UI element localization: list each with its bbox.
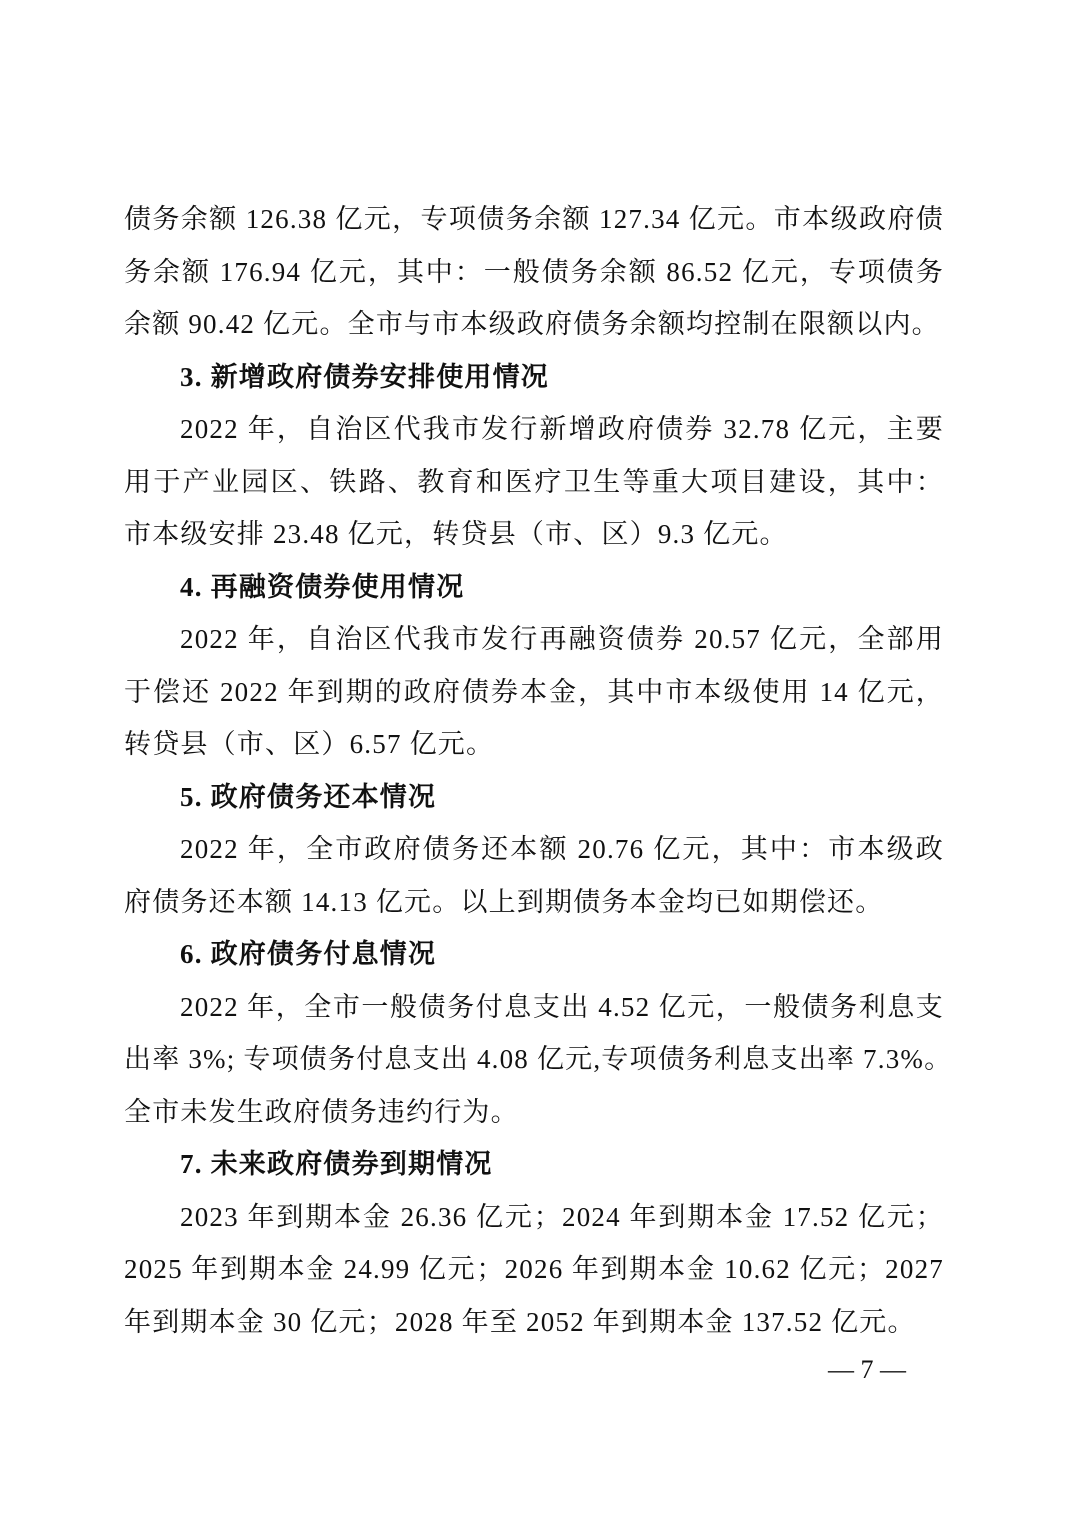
text-line: 务余额 176.94 亿元，其中：一般债务余额 86.52 亿元，专项债务 — [124, 246, 944, 299]
text-line: 全市未发生政府债务违约行为。 — [124, 1086, 944, 1139]
text-line: 年到期本金 30 亿元；2028 年至 2052 年到期本金 137.52 亿元… — [124, 1296, 944, 1349]
text-line: 2025 年到期本金 24.99 亿元；2026 年到期本金 10.62 亿元；… — [124, 1243, 944, 1296]
text-line: 市本级安排 23.48 亿元，转贷县（市、区）9.3 亿元。 — [124, 508, 944, 561]
section-heading: 6. 政府债务付息情况 — [124, 928, 944, 981]
text-line: 余额 90.42 亿元。全市与市本级政府债务余额均控制在限额以内。 — [124, 298, 944, 351]
text-line: 2022 年，全市一般债务付息支出 4.52 亿元，一般债务利息支 — [124, 981, 944, 1034]
document-page: 债务余额 126.38 亿元，专项债务余额 127.34 亿元。市本级政府债 务… — [124, 193, 944, 1348]
text-line: 府债务还本额 14.13 亿元。以上到期债务本金均已如期偿还。 — [124, 876, 944, 929]
text-line: 2023 年到期本金 26.36 亿元；2024 年到期本金 17.52 亿元； — [124, 1191, 944, 1244]
section-interest-payment: 6. 政府债务付息情况 2022 年，全市一般债务付息支出 4.52 亿元，一般… — [124, 928, 944, 1138]
section-future-maturities: 7. 未来政府债券到期情况 2023 年到期本金 26.36 亿元；2024 年… — [124, 1138, 944, 1348]
section-new-bonds: 3. 新增政府债券安排使用情况 2022 年，自治区代我市发行新增政府债券 32… — [124, 351, 944, 561]
text-line: 2022 年，自治区代我市发行新增政府债券 32.78 亿元，主要 — [124, 403, 944, 456]
text-line: 于偿还 2022 年到期的政府债券本金，其中市本级使用 14 亿元， — [124, 666, 944, 719]
section-heading: 4. 再融资债券使用情况 — [124, 561, 944, 614]
section-heading: 7. 未来政府债券到期情况 — [124, 1138, 944, 1191]
text-line: 用于产业园区、铁路、教育和医疗卫生等重大项目建设，其中： — [124, 456, 944, 509]
text-line: 2022 年，全市政府债务还本额 20.76 亿元，其中：市本级政 — [124, 823, 944, 876]
text-line: 债务余额 126.38 亿元，专项债务余额 127.34 亿元。市本级政府债 — [124, 193, 944, 246]
intro-paragraph: 债务余额 126.38 亿元，专项债务余额 127.34 亿元。市本级政府债 务… — [124, 193, 944, 351]
section-heading: 5. 政府债务还本情况 — [124, 771, 944, 824]
text-line: 转贷县（市、区）6.57 亿元。 — [124, 718, 944, 771]
page-number: — 7 — — [828, 1355, 906, 1385]
section-principal-repayment: 5. 政府债务还本情况 2022 年，全市政府债务还本额 20.76 亿元，其中… — [124, 771, 944, 929]
section-heading: 3. 新增政府债券安排使用情况 — [124, 351, 944, 404]
text-line: 2022 年，自治区代我市发行再融资债券 20.57 亿元，全部用 — [124, 613, 944, 666]
text-line: 出率 3%; 专项债务付息支出 4.08 亿元,专项债务利息支出率 7.3%。 — [124, 1033, 944, 1086]
section-refinancing-bonds: 4. 再融资债券使用情况 2022 年，自治区代我市发行再融资债券 20.57 … — [124, 561, 944, 771]
